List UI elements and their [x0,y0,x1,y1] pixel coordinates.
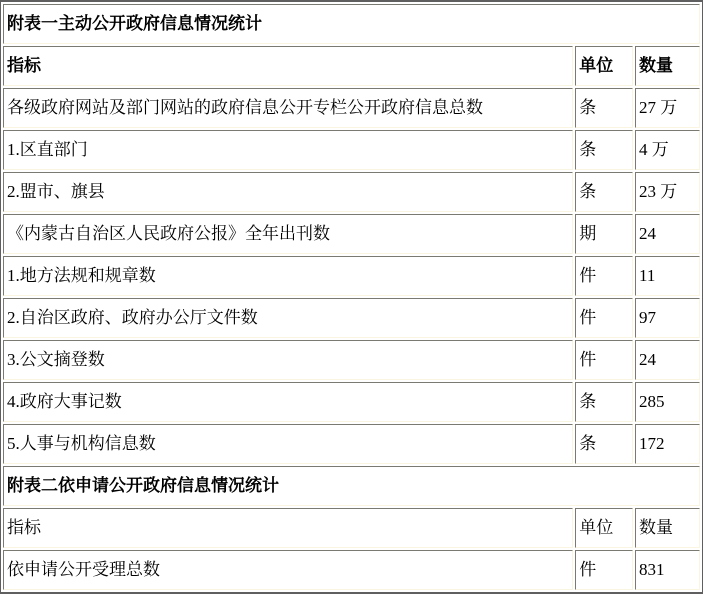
indicator-cell: 《内蒙古自治区人民政府公报》全年出刊数 [3,214,573,254]
table-row: 3.公文摘登数 件 24 [3,340,700,380]
quantity-cell: 97 [635,298,700,338]
unit-cell: 条 [575,424,633,464]
table-row: 各级政府网站及部门网站的政府信息公开专栏公开政府信息总数 条 27 万 [3,88,700,128]
table2-title: 附表二依申请公开政府信息情况统计 [3,466,700,506]
quantity-cell: 24 [635,340,700,380]
table-row: 依申请公开受理总数 件 831 [3,550,700,590]
unit-cell: 条 [575,88,633,128]
quantity-cell: 172 [635,424,700,464]
quantity-header: 数量 [635,46,700,86]
quantity-cell: 23 万 [635,172,700,212]
quantity-header: 数量 [635,508,700,548]
indicator-cell: 各级政府网站及部门网站的政府信息公开专栏公开政府信息总数 [3,88,573,128]
unit-cell: 件 [575,550,633,590]
unit-cell: 件 [575,256,633,296]
quantity-cell: 24 [635,214,700,254]
statistics-table: 附表一主动公开政府信息情况统计 指标 单位 数量 各级政府网站及部门网站的政府信… [0,0,703,594]
column-header-row-table2: 指标 单位 数量 [3,508,700,548]
quantity-cell: 11 [635,256,700,296]
indicator-cell: 1.地方法规和规章数 [3,256,573,296]
page: { "table1": { "title": "附表一主动公开政府信息情况统计"… [0,0,703,562]
indicator-cell: 3.公文摘登数 [3,340,573,380]
quantity-cell: 27 万 [635,88,700,128]
table1-title: 附表一主动公开政府信息情况统计 [3,4,700,44]
indicator-cell: 5.人事与机构信息数 [3,424,573,464]
indicator-cell: 依申请公开受理总数 [3,550,573,590]
indicator-cell: 1.区直部门 [3,130,573,170]
unit-cell: 条 [575,130,633,170]
indicator-cell: 4.政府大事记数 [3,382,573,422]
unit-cell: 件 [575,298,633,338]
indicator-cell: 2.自治区政府、政府办公厅文件数 [3,298,573,338]
quantity-cell: 4 万 [635,130,700,170]
table-row: 《内蒙古自治区人民政府公报》全年出刊数 期 24 [3,214,700,254]
table-row: 2.自治区政府、政府办公厅文件数 件 97 [3,298,700,338]
column-header-row-table1: 指标 单位 数量 [3,46,700,86]
unit-cell: 件 [575,340,633,380]
section-title-row-table2: 附表二依申请公开政府信息情况统计 [3,466,700,506]
table-row: 2.盟市、旗县 条 23 万 [3,172,700,212]
unit-header: 单位 [575,46,633,86]
table-row: 5.人事与机构信息数 条 172 [3,424,700,464]
indicator-cell: 2.盟市、旗县 [3,172,573,212]
unit-cell: 条 [575,172,633,212]
unit-header: 单位 [575,508,633,548]
indicator-header: 指标 [3,46,573,86]
unit-cell: 期 [575,214,633,254]
table-row: 1.地方法规和规章数 件 11 [3,256,700,296]
indicator-header: 指标 [3,508,573,548]
quantity-cell: 285 [635,382,700,422]
unit-cell: 条 [575,382,633,422]
quantity-cell: 831 [635,550,700,590]
table-row: 4.政府大事记数 条 285 [3,382,700,422]
section-title-row-table1: 附表一主动公开政府信息情况统计 [3,4,700,44]
table-row: 1.区直部门 条 4 万 [3,130,700,170]
